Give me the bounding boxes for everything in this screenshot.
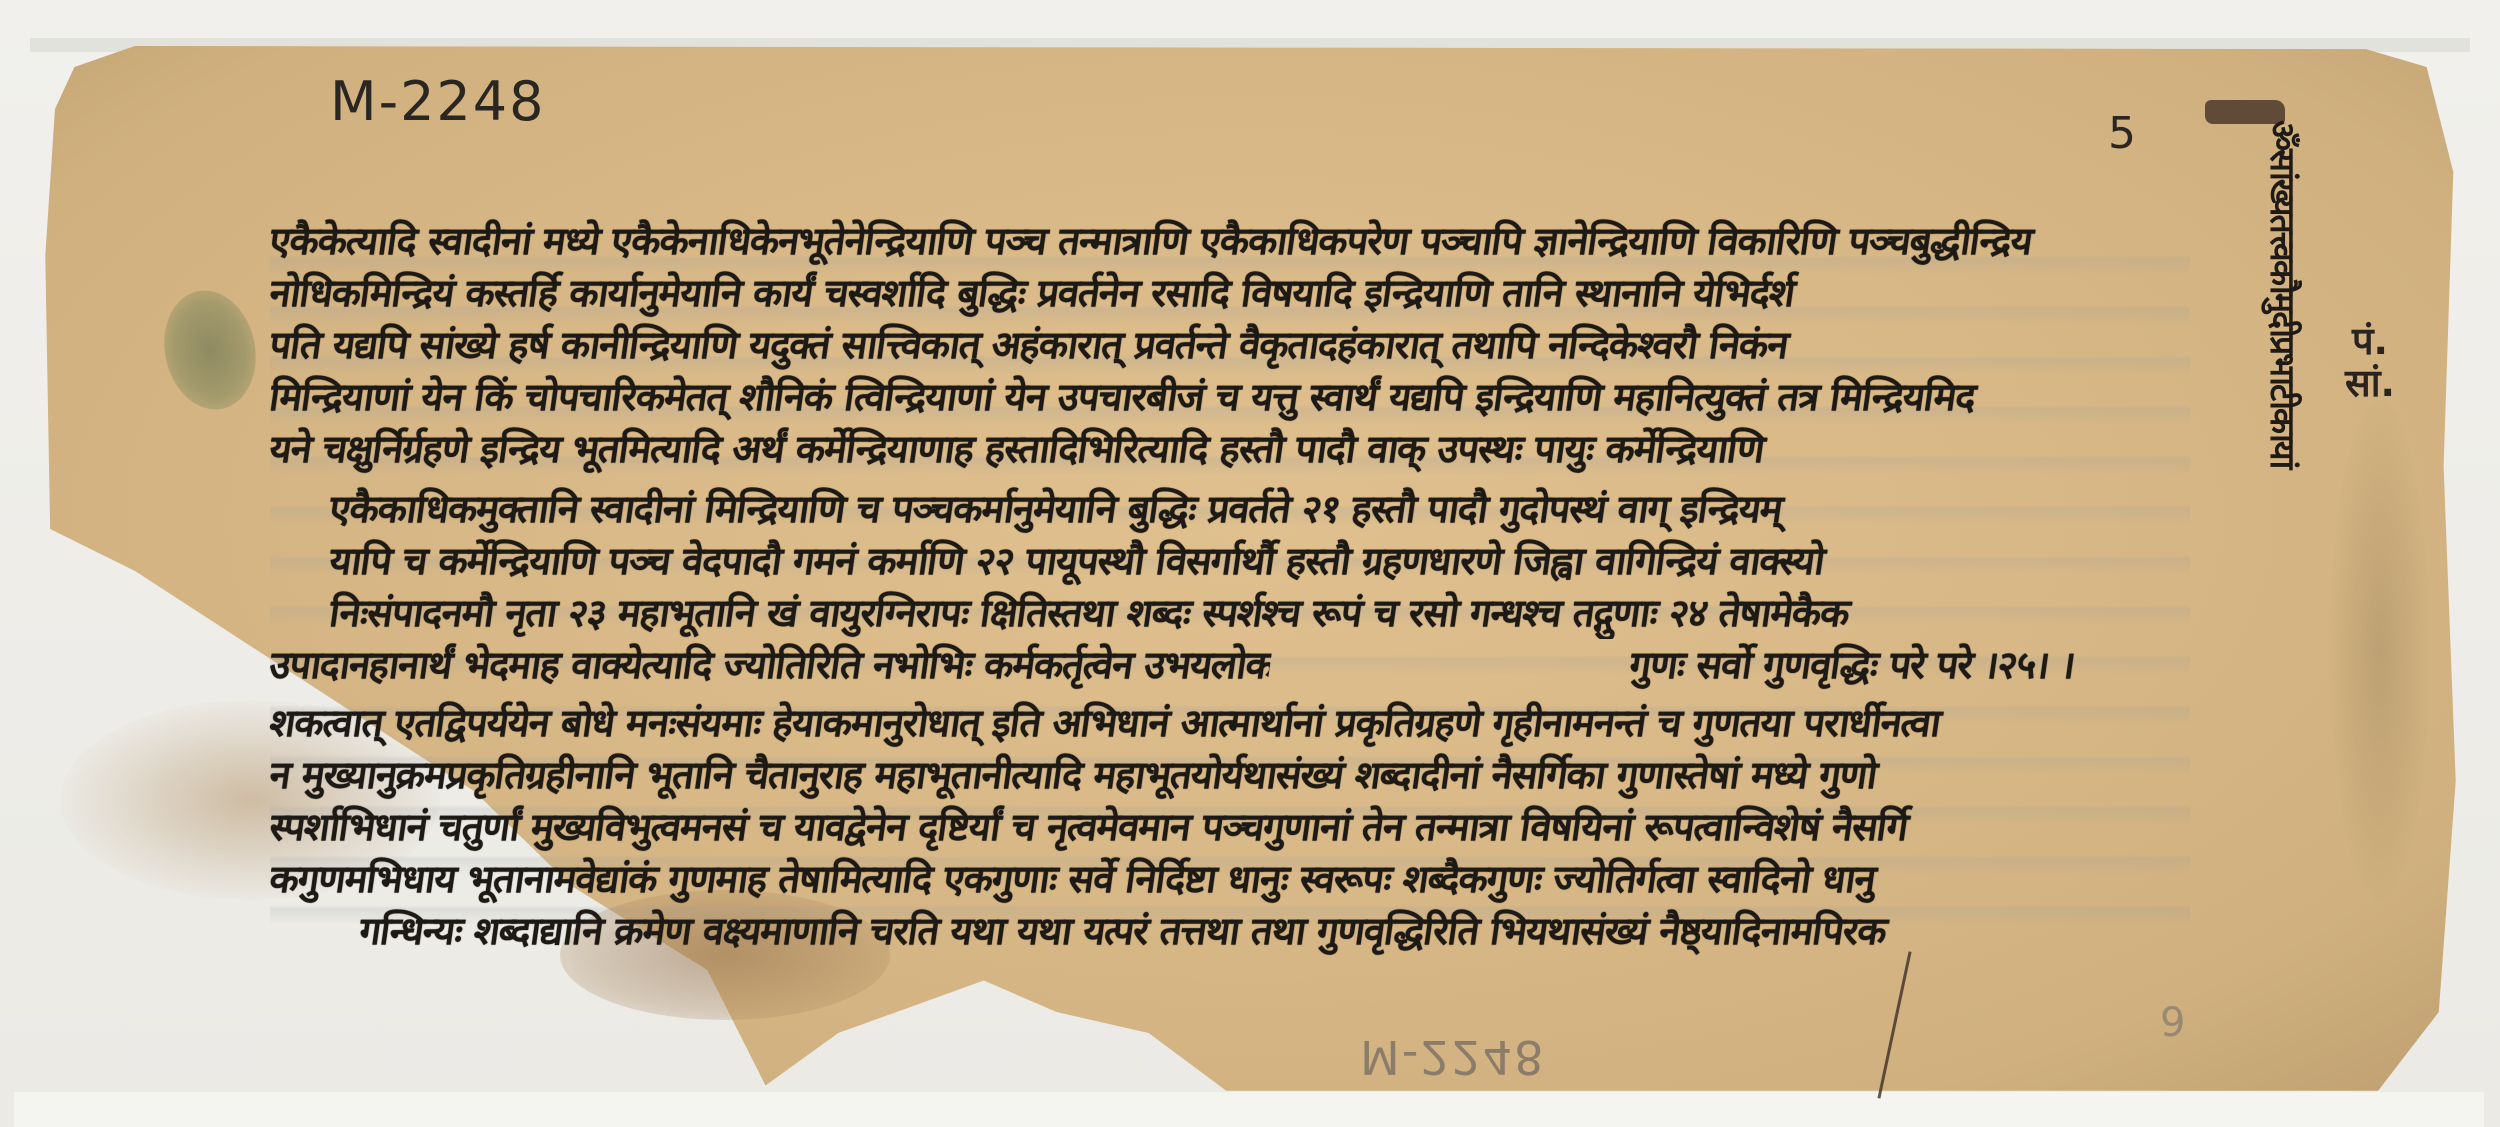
margin-title-line: सां. bbox=[2345, 362, 2395, 404]
shelfmark-bleedthrough: M-2248 bbox=[1360, 1030, 1545, 1084]
verse-line: निःसंपादनमौ नृता २३ महाभूतानि खं वायुरग्… bbox=[266, 587, 2173, 639]
text-line: कगुणमभिधाय भूतानामवेद्यांकं गुणमाह तेषाम… bbox=[266, 853, 2193, 905]
text-line: शकत्वात् एतद्विपर्ययेन बोधे मनःसंयमाः हे… bbox=[266, 697, 2193, 749]
text-line: गन्धिन्यः शब्दाद्यानि क्रमेण वक्ष्यमाणान… bbox=[266, 905, 2193, 957]
pencil-mark: 9 bbox=[2160, 1000, 2185, 1046]
margin-title-line: पं. bbox=[2345, 320, 2395, 362]
scanner-strip bbox=[14, 1092, 2484, 1127]
text-line: उपादानहानार्थं भेदमाह वाक्येत्यादि ज्योत… bbox=[266, 639, 1273, 691]
text-line: पति यद्यपि सांख्ये हर्ष कानीन्द्रियाणि य… bbox=[266, 319, 2193, 371]
edge-discoloration bbox=[2330, 400, 2430, 900]
text-line: एकैकेत्यादि स्वादीनां मध्ये एकैकेनाधिकेन… bbox=[266, 215, 2193, 267]
text-line: नोधिकमिन्द्रियं कस्तर्हि कार्यानुमेयानि … bbox=[266, 267, 2193, 319]
verse-line: एकैकाधिकमुक्तानि स्वादीनां मिन्द्रियाणि … bbox=[266, 483, 2173, 535]
text-line: मिन्द्रियाणां येन किं चोपचारिकमेतत् शौनि… bbox=[266, 371, 2193, 423]
shelfmark-label: M-2248 bbox=[330, 70, 546, 133]
text-line: यने चक्षुर्निर्ग्रहणे इन्द्रिय भूतमित्या… bbox=[266, 423, 2193, 475]
margin-title-abbrev: पं. सां. bbox=[2345, 320, 2395, 404]
folio-number: 5 bbox=[2108, 108, 2136, 159]
verse-line: यापि च कर्मेन्द्रियाणि पञ्च वेदपादौ गमनं… bbox=[266, 535, 2173, 587]
margin-vertical-text: ॐसांख्यतत्त्वकौमुदीप्रभाटीकायां bbox=[2245, 120, 2305, 960]
text-line: न मुख्यानुक्रमप्रकृतिग्रहीनानि भूतानि चै… bbox=[266, 749, 2193, 801]
verse-line: गुणः सर्वो गुणवृद्धिः परे परे ।२५। । bbox=[1626, 639, 2193, 691]
text-line: स्पर्शाभिधानं चतुर्णां मुख्यविभुत्वमनसं … bbox=[266, 801, 2193, 853]
manuscript-text: एकैकेत्यादि स्वादीनां मध्ये एकैकेनाधिकेन… bbox=[270, 215, 2190, 957]
